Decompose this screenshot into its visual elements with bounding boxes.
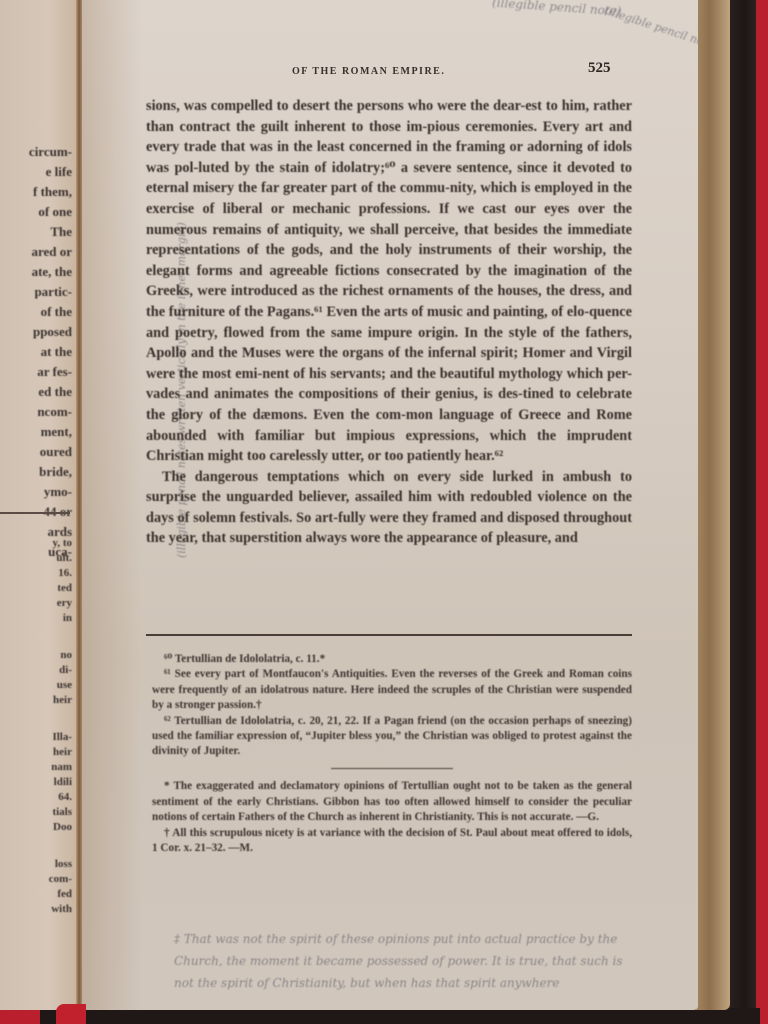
left-fragment: with: [49, 902, 72, 917]
footnote-rule: [146, 634, 632, 636]
left-fragment: Doo: [49, 820, 72, 835]
footnotes: ⁶⁰ Tertullian de Idololatria, c. 11.* ⁶¹…: [152, 652, 632, 856]
editor-notes-rule: [331, 768, 453, 770]
left-fragment: heir: [49, 693, 72, 708]
left-fragment: com-: [49, 872, 72, 887]
page-number: 525: [588, 60, 611, 77]
left-fragment: use: [49, 678, 72, 693]
left-fragment: tials: [49, 805, 72, 820]
left-fragment: ery: [49, 596, 72, 611]
left-fragment: 64.: [49, 790, 72, 805]
left-fragment: circum-: [29, 142, 72, 162]
left-fragment: The: [29, 222, 72, 242]
left-fragment: bride,: [29, 462, 72, 482]
left-fragment: in: [49, 611, 72, 626]
editor-note-m: † All this scrupulous nicety is at varia…: [152, 826, 632, 857]
pencil-note-bottom: ‡ That was not the spirit of these opini…: [174, 928, 644, 994]
running-head: OF THE ROMAN EMPIRE.: [292, 66, 445, 77]
left-fragment: partic-: [29, 282, 72, 302]
page-stack-edge: [696, 0, 730, 1010]
left-page-rule: [0, 512, 70, 514]
left-fragment: nam: [49, 760, 72, 775]
left-fragment: at the: [29, 342, 72, 362]
red-backdrop-corner: [56, 1004, 86, 1024]
left-fragment: ed the: [29, 382, 72, 402]
left-fragment: ldili: [49, 775, 72, 790]
inner-shadow: [82, 0, 142, 1010]
right-page: (illegible pencil note) (illegible penci…: [82, 0, 698, 1010]
left-page-footnote-block: y, to ult. 16. ted ery in no di- use hei…: [49, 536, 72, 917]
left-fragment: heir: [49, 745, 72, 760]
left-fragment: di-: [49, 663, 72, 678]
footnote-60: ⁶⁰ Tertullian de Idololatria, c. 11.*: [152, 652, 632, 667]
left-fragment: ment,: [29, 422, 72, 442]
paragraph: sions, was compelled to desert the perso…: [146, 96, 632, 467]
left-fragment: of the: [29, 302, 72, 322]
paragraph: The dangerous temptations which on every…: [146, 467, 632, 549]
left-fragment: ate, the: [29, 262, 72, 282]
left-fragment: ted: [49, 581, 72, 596]
left-page: circum- e life f them, of one The ared o…: [0, 0, 82, 1010]
left-fragment: f them,: [29, 182, 72, 202]
left-fragment: pposed: [29, 322, 72, 342]
editor-note-g: * The exaggerated and declamatory opinio…: [152, 779, 632, 825]
left-fragment: ar fes-: [29, 362, 72, 382]
left-fragment: e life: [29, 162, 72, 182]
left-fragment: y, to: [49, 536, 72, 551]
left-fragment: fed: [49, 887, 72, 902]
left-page-text-block-1: circum- e life f them, of one The ared o…: [29, 142, 72, 562]
book-cover-bottom: [40, 1008, 760, 1024]
left-fragment: ncom-: [29, 402, 72, 422]
body-text: sions, was compelled to desert the perso…: [146, 96, 632, 549]
left-fragment: loss: [49, 857, 72, 872]
left-fragment: no: [49, 648, 72, 663]
left-fragment: ymo-: [29, 482, 72, 502]
left-fragment: Illa-: [49, 730, 72, 745]
footnote-62: ⁶² Tertullian de Idololatria, c. 20, 21,…: [152, 714, 632, 760]
photo-scene: circum- e life f them, of one The ared o…: [0, 0, 768, 1024]
footnote-61: ⁶¹ See every part of Montfaucon's Antiqu…: [152, 667, 632, 713]
pencil-note-top-curve: (illegible pencil note): [603, 4, 698, 53]
left-fragment: oured: [29, 442, 72, 462]
left-fragment: ult.: [49, 551, 72, 566]
left-fragment: of one: [29, 202, 72, 222]
left-fragment: 16.: [49, 566, 72, 581]
left-fragment: ared or: [29, 242, 72, 262]
book-cover-edge: [728, 0, 756, 1024]
